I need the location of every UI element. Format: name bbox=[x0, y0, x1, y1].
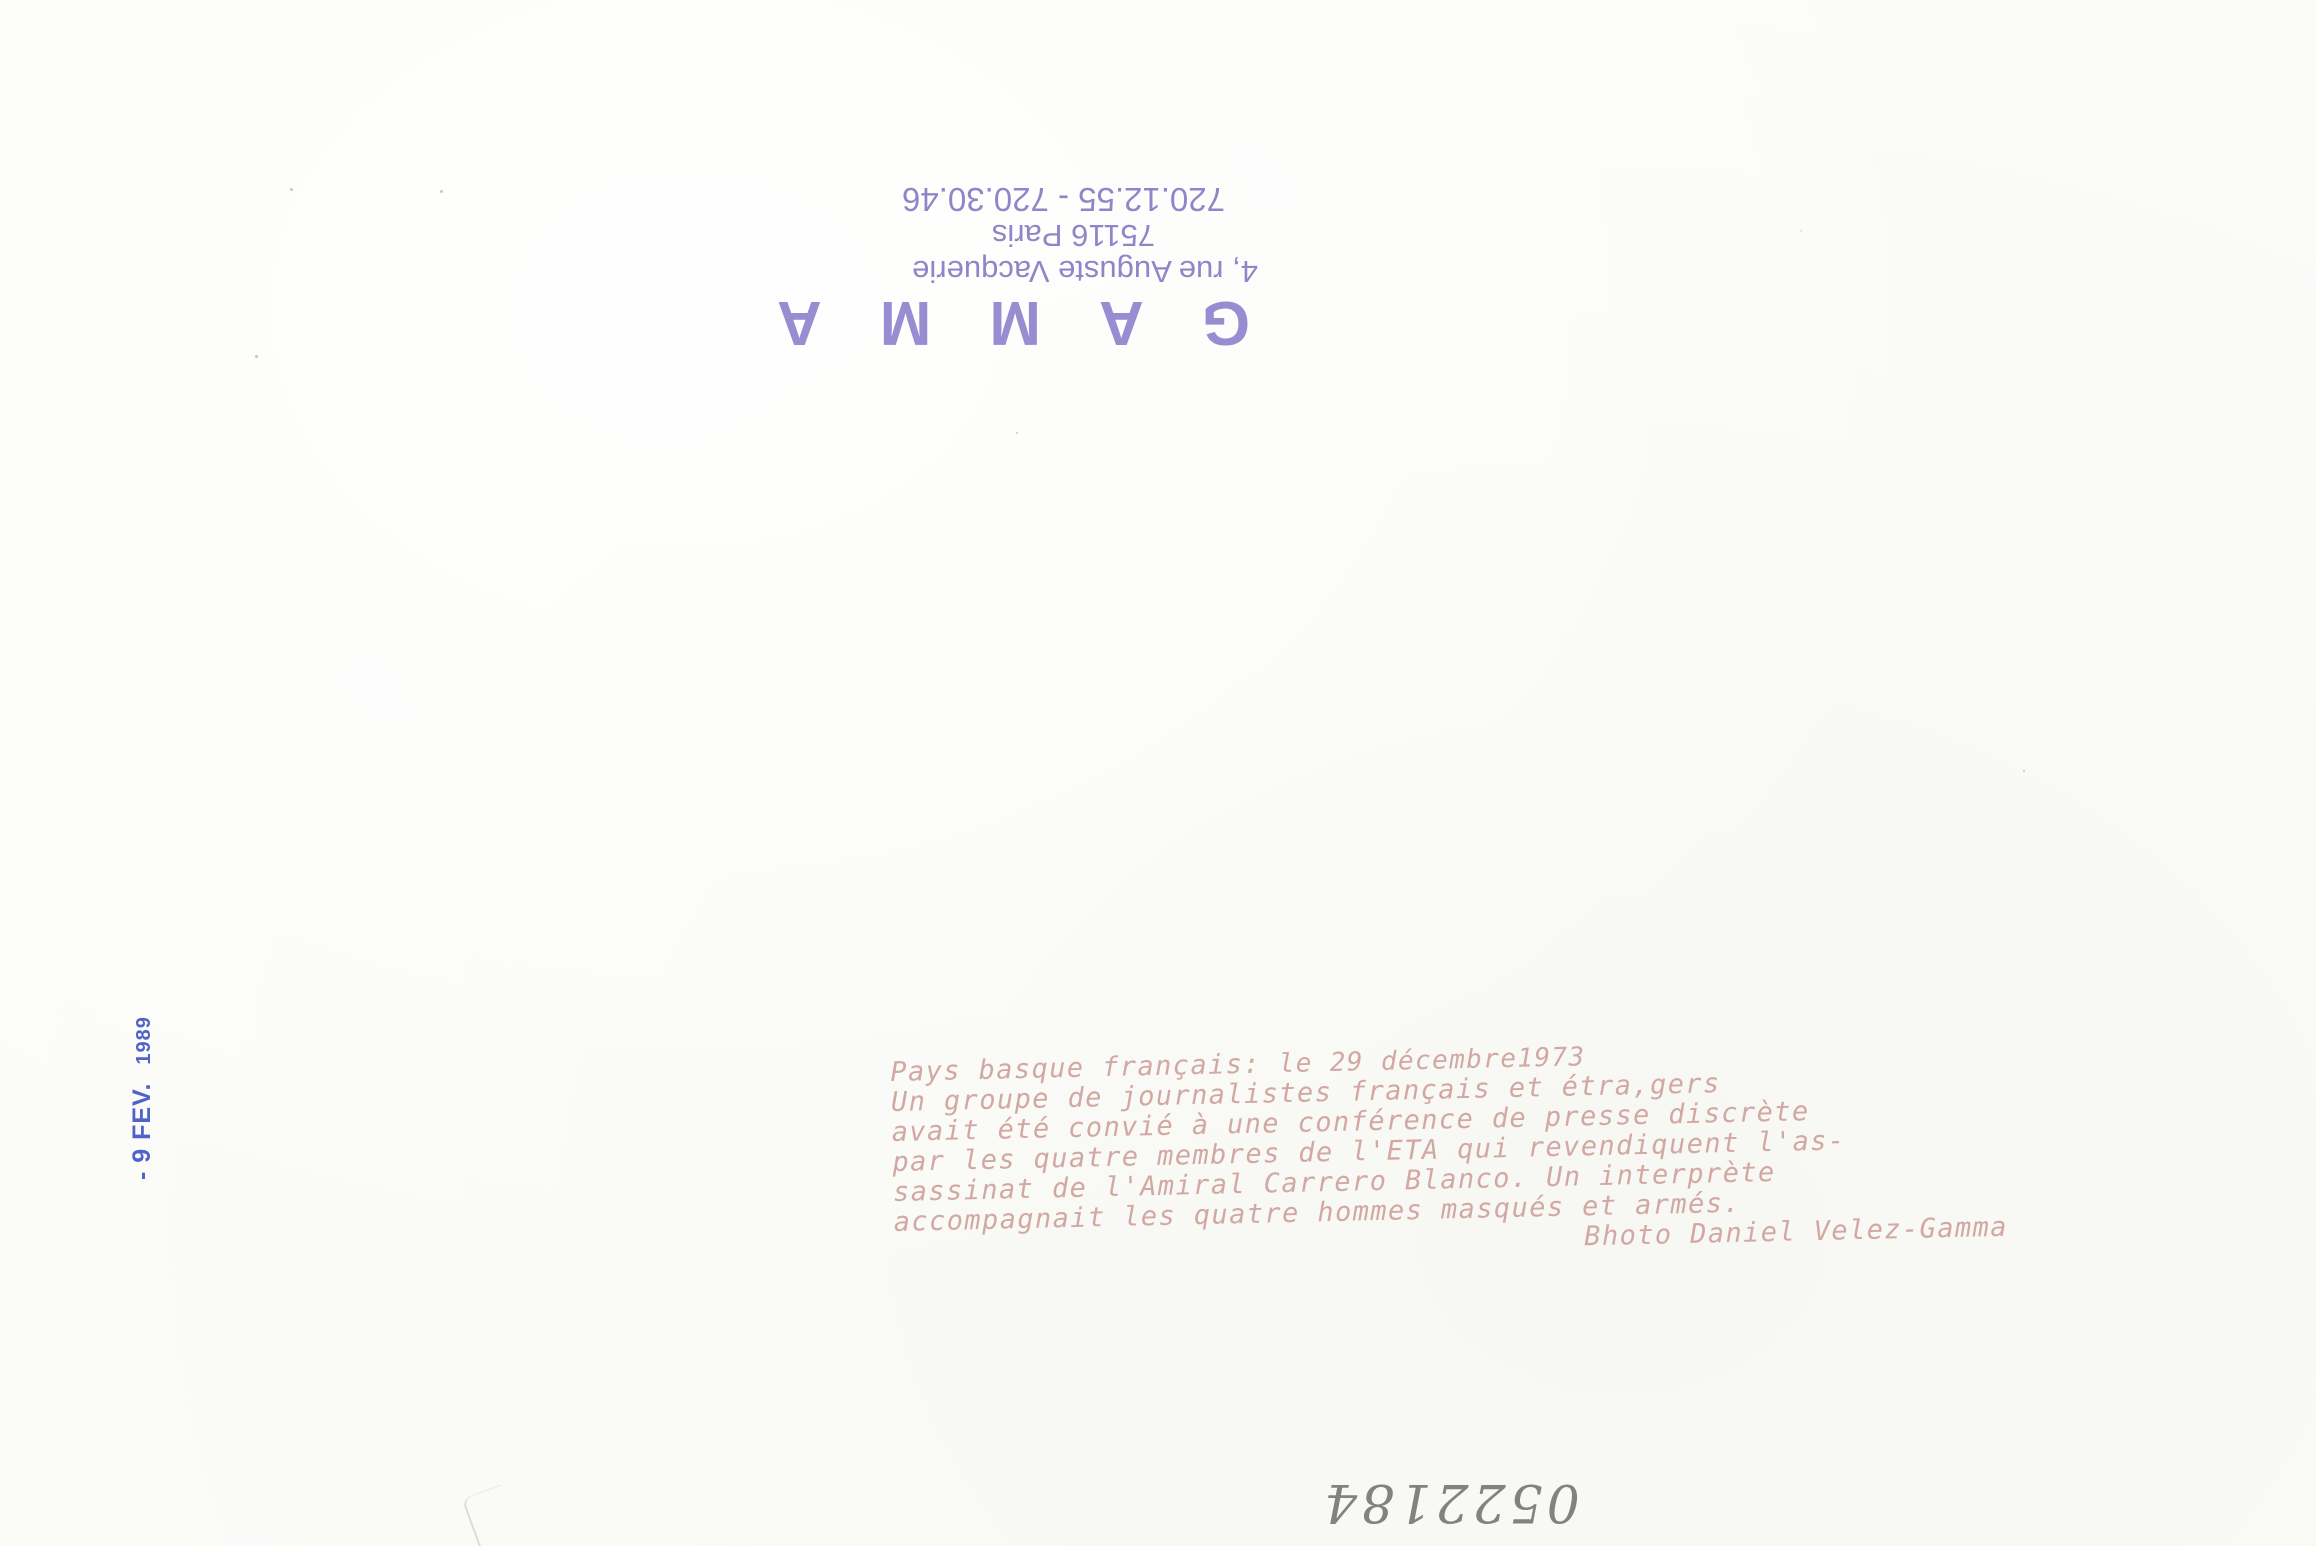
received-date-stamp: - 9 FEV. 1989 bbox=[128, 980, 168, 1180]
photo-caption: Pays basque français: le 29 décembre1973… bbox=[890, 1031, 2094, 1268]
agency-stamp: GAMMA 4, rue Auguste Vacquerie 75116 Par… bbox=[790, 110, 1260, 355]
paper-speck bbox=[2023, 770, 2025, 772]
received-date-year: 1989 bbox=[133, 1016, 155, 1065]
paper-speck bbox=[1800, 230, 1802, 232]
agency-stamp-address: 4, rue Auguste Vacquerie bbox=[790, 253, 1258, 289]
paper-speck bbox=[1016, 432, 1018, 434]
archive-number: 0522184 bbox=[1320, 1462, 1580, 1532]
agency-stamp-phone: 720.12.55 - 720.30.46 bbox=[790, 181, 1225, 217]
paper-speck bbox=[255, 355, 258, 358]
agency-stamp-city: 75116 Paris bbox=[790, 217, 1155, 253]
paper-speck bbox=[440, 190, 443, 193]
agency-stamp-brand: GAMMA bbox=[790, 289, 1250, 355]
paper-speck bbox=[290, 188, 293, 191]
received-date-day-month: - 9 FEV. bbox=[128, 1083, 156, 1180]
